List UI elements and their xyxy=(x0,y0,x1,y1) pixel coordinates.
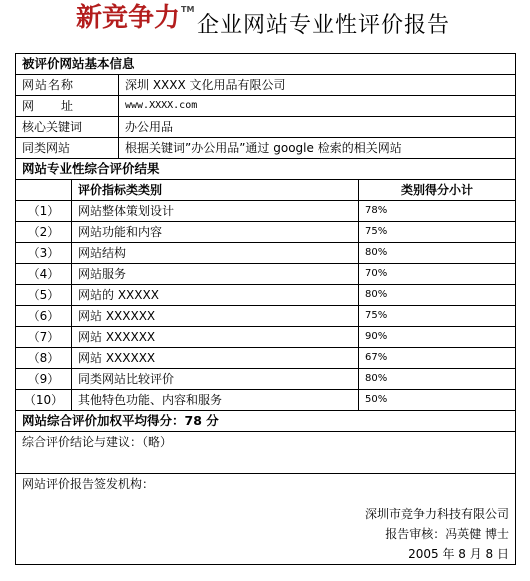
conclusion-text: 综合评价结论与建议：（略） xyxy=(16,432,516,474)
table-row: （4） 网站服务 70% xyxy=(16,264,516,285)
row-category: 网站结构 xyxy=(72,243,359,264)
row-category: 网站 XXXXXX xyxy=(72,348,359,369)
row-score: 50% xyxy=(359,390,516,411)
conclusion-label: 综合评价结论与建议：（略） xyxy=(22,435,172,449)
report-header: 新竞争力 TM 企业网站专业性评价报告 xyxy=(0,0,530,50)
row-category: 其他特色功能、内容和服务 xyxy=(72,390,359,411)
row-index: （10） xyxy=(16,390,72,411)
info-value: 办公用品 xyxy=(119,117,516,138)
info-row-site-name: 网站名称 深圳 XXXX 文化用品有限公司 xyxy=(16,75,516,96)
row-index: （9） xyxy=(16,369,72,390)
row-score: 70% xyxy=(359,264,516,285)
row-score: 75% xyxy=(359,306,516,327)
table-row: （5） 网站的 XXXXX 80% xyxy=(16,285,516,306)
evaluation-column-headers: 评价指标类类别 类别得分小计 xyxy=(16,180,516,201)
row-score: 67% xyxy=(359,348,516,369)
brand-logo: 新竞争力 xyxy=(76,3,180,33)
row-category: 网站 XXXXXX xyxy=(72,306,359,327)
row-index: （3） xyxy=(16,243,72,264)
table-row: （8） 网站 XXXXXX 67% xyxy=(16,348,516,369)
issuer-block: 网站评价报告签发机构： 深圳市竞争力科技有限公司 报告审核：冯英健 博士 200… xyxy=(16,474,516,565)
info-label: 网 址 xyxy=(16,96,119,117)
row-score: 80% xyxy=(359,243,516,264)
info-row-similar-sites: 同类网站 根据关键词”办公用品”通过 google 检索的相关网站 xyxy=(16,138,516,159)
weighted-average-score: 网站综合评价加权平均得分：78 分 xyxy=(16,411,516,432)
row-score: 90% xyxy=(359,327,516,348)
issuer-row: 网站评价报告签发机构： 深圳市竞争力科技有限公司 报告审核：冯英健 博士 200… xyxy=(16,474,516,565)
evaluation-section-header: 网站专业性综合评价结果 xyxy=(16,159,516,180)
column-header-category: 评价指标类类别 xyxy=(72,180,359,201)
row-category: 同类网站比较评价 xyxy=(72,369,359,390)
info-row-url: 网 址 www.XXXX.com xyxy=(16,96,516,117)
row-category: 网站的 XXXXX xyxy=(72,285,359,306)
info-label: 核心关键词 xyxy=(16,117,119,138)
row-category: 网站整体策划设计 xyxy=(72,201,359,222)
issuer-label: 网站评价报告签发机构： xyxy=(22,474,509,494)
trademark-mark: TM xyxy=(181,5,194,15)
evaluation-report-table: 被评价网站基本信息 网站名称 深圳 XXXX 文化用品有限公司 网 址 www.… xyxy=(15,53,516,565)
row-index: （4） xyxy=(16,264,72,285)
issuer-reviewer: 报告审核：冯英健 博士 xyxy=(22,524,509,544)
row-category: 网站 XXXXXX xyxy=(72,327,359,348)
table-row: （6） 网站 XXXXXX 75% xyxy=(16,306,516,327)
row-index: （6） xyxy=(16,306,72,327)
column-header-score: 类别得分小计 xyxy=(359,180,516,201)
info-row-keyword: 核心关键词 办公用品 xyxy=(16,117,516,138)
issuer-signature: 深圳市竞争力科技有限公司 报告审核：冯英健 博士 2005 年 8 月 8 日 xyxy=(22,504,509,564)
row-category: 网站功能和内容 xyxy=(72,222,359,243)
info-value: 深圳 XXXX 文化用品有限公司 xyxy=(119,75,516,96)
table-row: （1） 网站整体策划设计 78% xyxy=(16,201,516,222)
basic-info-section-header: 被评价网站基本信息 xyxy=(16,54,516,75)
info-label: 网站名称 xyxy=(16,75,119,96)
row-score: 80% xyxy=(359,285,516,306)
info-value: www.XXXX.com xyxy=(119,96,516,117)
row-index: （2） xyxy=(16,222,72,243)
row-category: 网站服务 xyxy=(72,264,359,285)
info-value: 根据关键词”办公用品”通过 google 检索的相关网站 xyxy=(119,138,516,159)
row-score: 75% xyxy=(359,222,516,243)
page-title: 企业网站专业性评价报告 xyxy=(197,12,450,40)
table-row: （10） 其他特色功能、内容和服务 50% xyxy=(16,390,516,411)
issuer-date: 2005 年 8 月 8 日 xyxy=(22,544,509,564)
column-header-index xyxy=(16,180,72,201)
issuer-company: 深圳市竞争力科技有限公司 xyxy=(22,504,509,524)
row-score: 80% xyxy=(359,369,516,390)
weighted-average-row: 网站综合评价加权平均得分：78 分 xyxy=(16,411,516,432)
section-title: 被评价网站基本信息 xyxy=(16,54,516,75)
info-label: 同类网站 xyxy=(16,138,119,159)
section-title: 网站专业性综合评价结果 xyxy=(16,159,516,180)
row-index: （7） xyxy=(16,327,72,348)
table-row: （3） 网站结构 80% xyxy=(16,243,516,264)
row-index: （1） xyxy=(16,201,72,222)
table-row: （2） 网站功能和内容 75% xyxy=(16,222,516,243)
row-index: （5） xyxy=(16,285,72,306)
conclusion-row: 综合评价结论与建议：（略） xyxy=(16,432,516,474)
row-index: （8） xyxy=(16,348,72,369)
table-row: （9） 同类网站比较评价 80% xyxy=(16,369,516,390)
table-row: （7） 网站 XXXXXX 90% xyxy=(16,327,516,348)
row-score: 78% xyxy=(359,201,516,222)
